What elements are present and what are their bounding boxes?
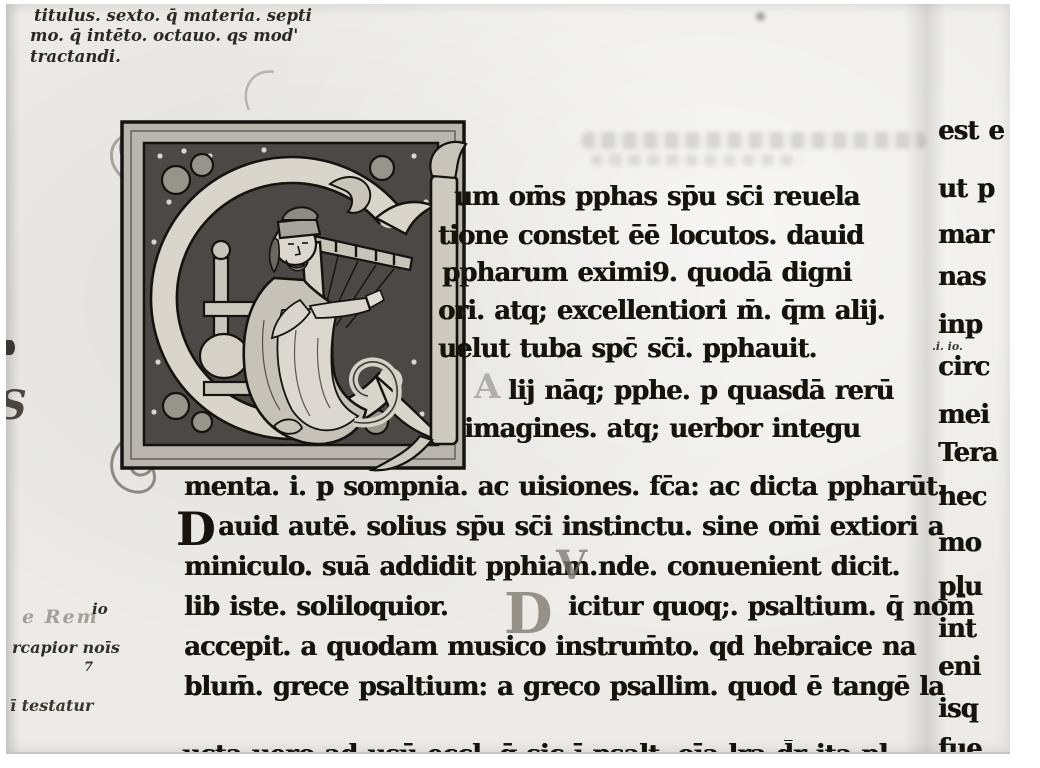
pen-flourish [246, 71, 274, 110]
cut-margin-mark [6, 340, 15, 355]
margin-mark: io [92, 600, 108, 618]
marginal-gloss-line: tractandi. [30, 47, 121, 66]
cut-margin-initial: S [6, 382, 27, 429]
text-line-11b: icitur quoq;. psaltium. q̄ nom̄ [568, 592, 974, 622]
right-col-fragment: est e [938, 116, 1004, 146]
margin-note: ī testatur [10, 696, 93, 715]
versal-d-dauid: D [176, 506, 216, 552]
right-col-fragment: int [938, 614, 976, 644]
right-col-fragment: mei [938, 400, 989, 430]
right-col-fragment: isq [938, 694, 978, 724]
text-line-04: ori. atq; excellentiori m̄. q̄m alij. [438, 296, 885, 326]
historiated-initial-panel [114, 110, 476, 485]
text-line-10b: nde. conuenient dicit. [598, 552, 899, 582]
right-col-fragment: ut p [938, 174, 994, 204]
text-line-03: ppharum eximi9. quodā digni [442, 258, 851, 288]
marginal-gloss-line: titulus. sexto. q̄ materia. septi [34, 6, 312, 25]
cut-off-bottom-line: ucta uero ad usū eccl. q̄ sic ī psalt. o… [182, 740, 942, 754]
right-col-fragment: fue [938, 734, 982, 754]
ink-speck [756, 12, 765, 21]
marginal-gloss-line: mo. q̄ intēto. octauo. qs mod' [30, 26, 298, 45]
text-line-05: uelut tuba spc̄ sc̄i. pphauit. [438, 334, 816, 364]
right-col-fragment: circ [938, 352, 989, 382]
text-line-06: lij nāq; pphe. p quasdā rerū [508, 376, 893, 406]
right-col-fragment: mar [938, 220, 993, 250]
cut-off-line-text: ucta uero ad usū eccl. q̄ sic ī psalt. o… [182, 740, 942, 754]
text-line-08: menta. i. p sompnia. ac uisiones. fc̄a: … [184, 472, 945, 502]
text-line-12: accepit. a quodam musico instrum̄to. qd … [184, 632, 915, 662]
text-line-09: auid autē. solius sp̄u sc̄i instinctu. s… [218, 512, 943, 542]
text-line-11a: lib iste. soliloquior. [184, 592, 448, 622]
right-col-fragment: nas [938, 262, 985, 292]
text-line-10a: miniculo. suā addidit pphiam. [184, 552, 597, 582]
faded-initial-a: A [474, 370, 500, 404]
margin-note: rcapior noīs [12, 638, 120, 657]
text-line-02: tione constet ēē locutos. dauid [438, 221, 863, 251]
right-col-fragment: hec [938, 482, 986, 512]
show-through-text [591, 154, 801, 166]
show-through-text [581, 132, 926, 149]
margin-mark: 7 [84, 660, 93, 675]
right-col-fragment: mo [938, 528, 981, 558]
right-col-fragment: eni [938, 652, 980, 682]
pale-initial-v-unde: V [556, 546, 587, 586]
text-line-07: imagines. atq; uerbor integu [464, 414, 860, 444]
right-col-fragment: inp [938, 310, 982, 340]
photograph-frame: titulus. sexto. q̄ materia. septi mo. q̄… [0, 0, 1040, 768]
right-col-fragment: plu [938, 572, 982, 602]
faded-margin-note: e Rem [22, 606, 99, 628]
text-line-01: um om̄s pphas sp̄u sc̄i reuela [454, 182, 859, 212]
text-line-13: blum̄. grece psaltium: a greco psallim. … [184, 672, 944, 702]
manuscript-page: titulus. sexto. q̄ materia. septi mo. q̄… [6, 4, 1010, 754]
right-col-fragment: Tera [938, 438, 997, 468]
